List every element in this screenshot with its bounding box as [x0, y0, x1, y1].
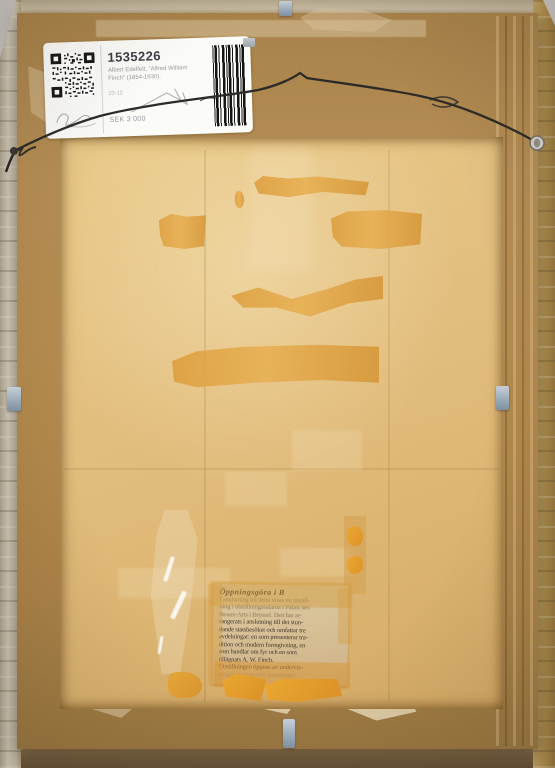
- metal-clip-bottom: [283, 719, 295, 748]
- auction-photo: Öppningsgöra i B I anslutning till detta…: [0, 0, 555, 768]
- hanging-wire: [0, 0, 555, 768]
- wire-anchor-icon: [10, 147, 18, 155]
- metal-clip-left: [7, 387, 21, 411]
- metal-clip-top: [279, 1, 292, 16]
- metal-clip-right: [496, 386, 509, 410]
